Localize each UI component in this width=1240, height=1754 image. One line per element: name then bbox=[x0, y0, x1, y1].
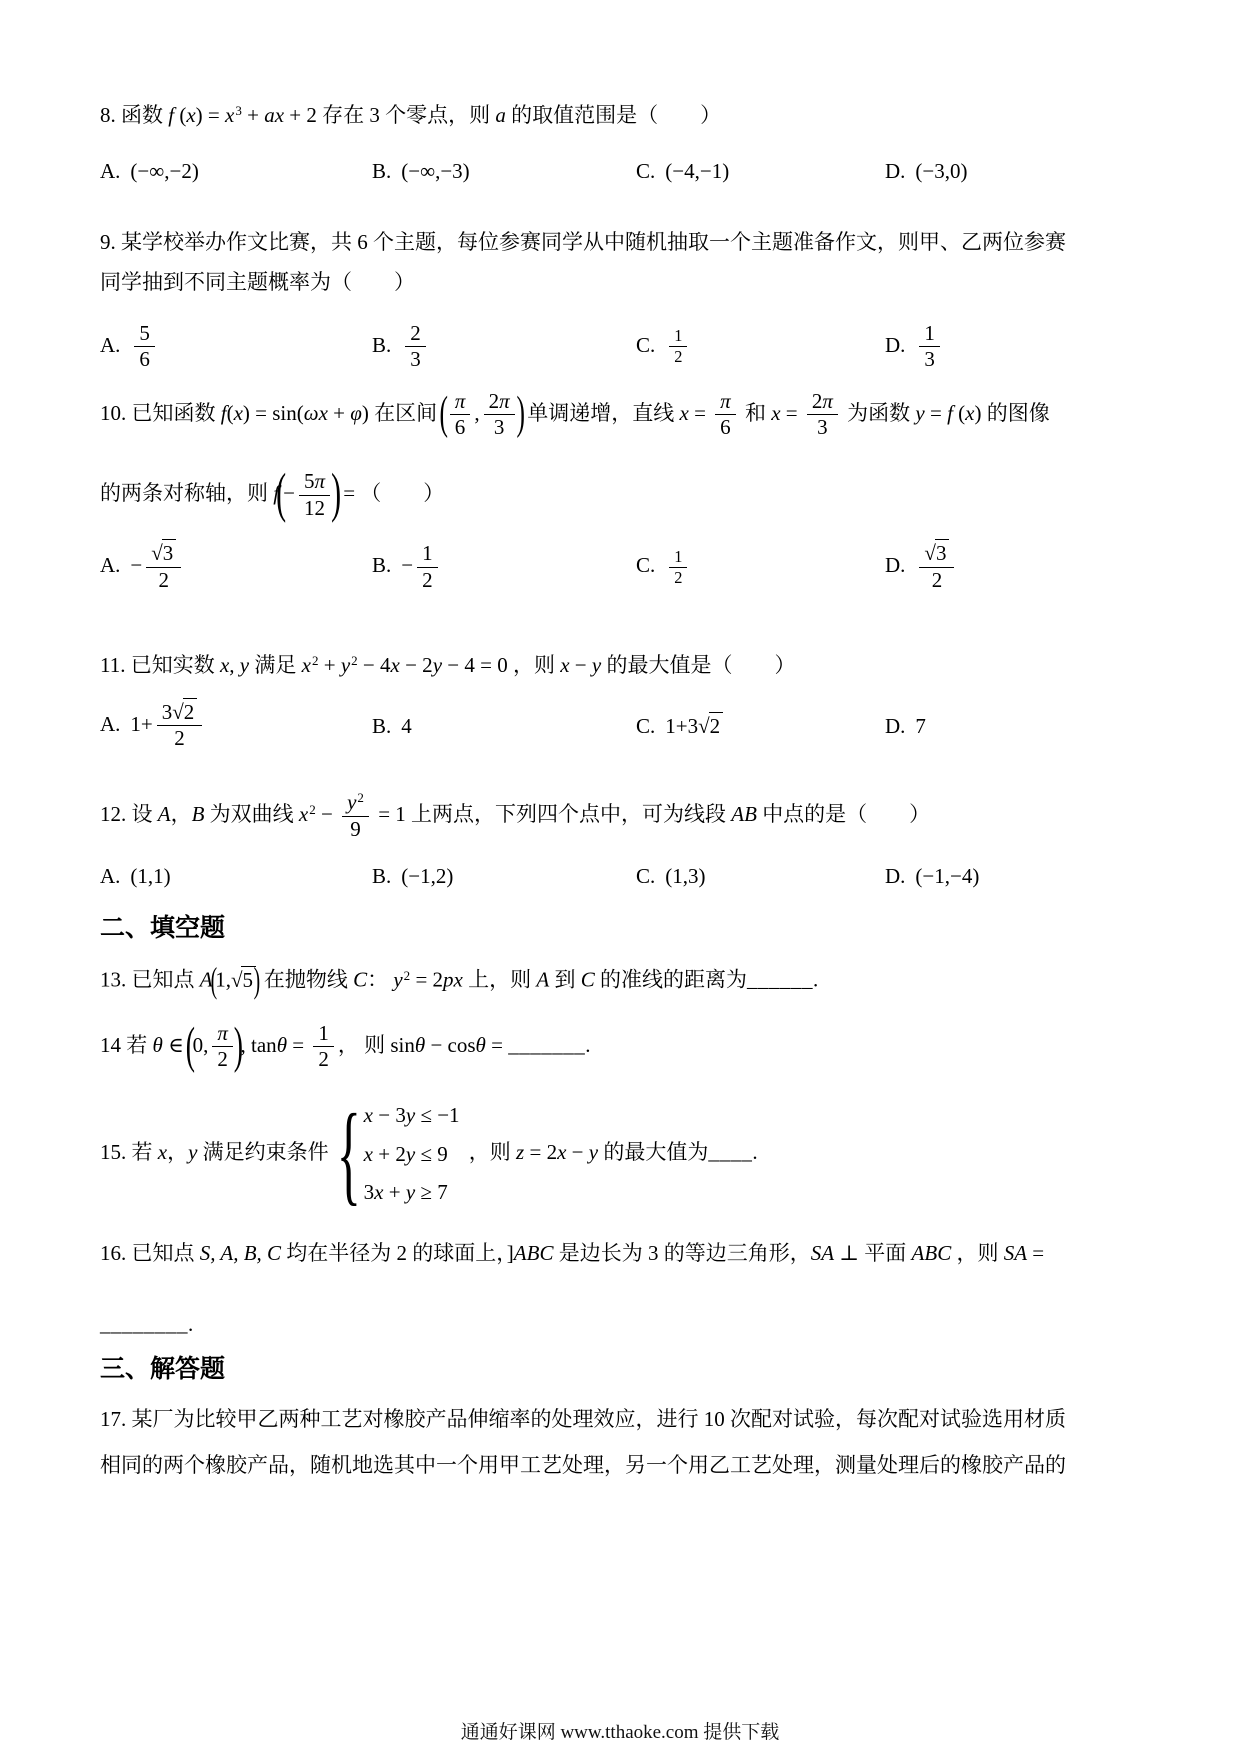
text: − bbox=[401, 553, 413, 577]
math-variable: π bbox=[455, 389, 466, 413]
fraction: 12 bbox=[417, 542, 438, 592]
option-C: C.1+3√2 bbox=[636, 711, 885, 741]
radical-sign: √ bbox=[172, 700, 183, 724]
radical-sign: √ bbox=[231, 968, 242, 992]
text: . bbox=[585, 1033, 590, 1057]
math-variable: x bbox=[771, 401, 780, 425]
cases-row: 3x + y ≥ 7 bbox=[364, 1177, 460, 1207]
text: 在抛物线 bbox=[259, 968, 354, 992]
text: 1 bbox=[318, 1021, 329, 1045]
text: = bbox=[287, 1033, 309, 1057]
fraction: 12 bbox=[669, 548, 687, 588]
denominator: 2 bbox=[417, 568, 438, 593]
text: (1,1) bbox=[130, 864, 170, 888]
big-paren: ) bbox=[234, 1020, 243, 1070]
denominator: 2 bbox=[919, 568, 954, 593]
text: = bbox=[689, 401, 711, 425]
radicand: 3 bbox=[935, 539, 950, 565]
option-label: A. bbox=[100, 864, 120, 888]
text: . bbox=[188, 1312, 193, 1336]
text: = bbox=[486, 1033, 508, 1057]
numerator: π bbox=[212, 1022, 233, 1048]
option-A: A.(−∞,−2) bbox=[100, 156, 372, 186]
text: 9 bbox=[350, 817, 361, 841]
blank-underline: _______ bbox=[508, 1033, 585, 1057]
fraction: y29 bbox=[342, 791, 369, 841]
text: 和 bbox=[740, 401, 772, 425]
radical: √2 bbox=[172, 701, 197, 725]
option-label: D. bbox=[885, 714, 905, 738]
math-variable: ax bbox=[264, 103, 284, 127]
radical: √3 bbox=[151, 542, 176, 566]
math-variable: θ bbox=[153, 1033, 163, 1057]
text: ≤ 9 bbox=[415, 1142, 448, 1166]
document-page: 8. 函数 f (x) = x3 + ax + 2 存在 3 个零点，则 a 的… bbox=[0, 0, 1240, 1754]
inequality-system: {x − 3y ≤ −1x + 2y ≤ 93x + y ≥ 7 bbox=[338, 1098, 460, 1210]
text: , bbox=[474, 401, 479, 425]
denominator: 9 bbox=[342, 817, 369, 842]
question-9-stem-line1: 9. 某学校举办作文比赛，共 6 个主题，每位参赛同学从中随机抽取一个主题准备作… bbox=[100, 227, 1140, 257]
math-variable: x bbox=[158, 1140, 167, 1164]
text: ， bbox=[167, 1140, 188, 1164]
math-variable: z bbox=[516, 1140, 524, 1164]
option-C: C.12 bbox=[636, 548, 885, 588]
question-10-options: A.−√32B.−12C.12D.√32 bbox=[100, 542, 1140, 592]
big-paren: ( bbox=[276, 466, 286, 521]
text: 3 bbox=[410, 347, 421, 371]
cases-row: x + 2y ≤ 9 bbox=[364, 1139, 460, 1169]
text: − 4 bbox=[358, 653, 391, 677]
text: 相同的两个橡胶产品，随机地选其中一个用甲工艺处理，另一个用乙工艺处理，测量处理后… bbox=[100, 1453, 1066, 1477]
text: ， bbox=[171, 802, 192, 826]
denominator: 12 bbox=[299, 496, 330, 521]
text: 1 bbox=[924, 321, 935, 345]
math-variable: x bbox=[234, 401, 243, 425]
math-variable: C bbox=[353, 968, 367, 992]
text: 4 bbox=[401, 714, 412, 738]
text: (−1,2) bbox=[401, 864, 453, 888]
math-variable: y bbox=[406, 1142, 415, 1166]
section-heading-fill-in: 二、填空题 bbox=[100, 912, 1140, 945]
numerator: 3√2 bbox=[157, 701, 203, 727]
math-variable: y bbox=[589, 1140, 598, 1164]
option-B: B.4 bbox=[372, 711, 636, 741]
math-variable: ωx bbox=[304, 401, 328, 425]
text: 的准线的距离为 bbox=[595, 968, 747, 992]
option-label: D. bbox=[885, 553, 905, 577]
option-label: B. bbox=[372, 864, 391, 888]
text: 1+ bbox=[130, 712, 152, 736]
text: 8. 函数 bbox=[100, 103, 168, 127]
question-8-options: A.(−∞,−2)B.(−∞,−3)C.(−4,−1)D.(−3,0) bbox=[100, 156, 1140, 186]
fraction: 5π12 bbox=[299, 470, 330, 520]
question-12-stem: 12. 设 A，B 为双曲线 x2 − y29 = 1 上两点，下列四个点中，可… bbox=[100, 791, 1140, 841]
text: 3 bbox=[817, 415, 828, 439]
blank-underline: ____ bbox=[708, 1140, 752, 1164]
numerator: π bbox=[450, 390, 471, 416]
question-13-stem: 13. 已知点 A(1,√5) 在抛物线 C： y2 = 2px 上，则 A 到… bbox=[100, 964, 1140, 1000]
text: (−3,0) bbox=[915, 159, 967, 183]
question-11-stem: 11. 已知实数 x, y 满足 x2 + y2 − 4x − 2y − 4 =… bbox=[100, 650, 1140, 680]
option-label: B. bbox=[372, 714, 391, 738]
option-A: A.(1,1) bbox=[100, 861, 372, 891]
text: ，则 bbox=[464, 1140, 517, 1164]
fraction: 56 bbox=[134, 322, 155, 372]
fraction: π2 bbox=[212, 1022, 233, 1072]
question-9-options: A.56B.23C.12D.13 bbox=[100, 322, 1140, 372]
text: ， 则 sin bbox=[338, 1033, 415, 1057]
numerator: 1 bbox=[669, 327, 687, 347]
numerator: 1 bbox=[919, 322, 940, 348]
math-variable: π bbox=[720, 389, 731, 413]
text: 15. 若 bbox=[100, 1140, 158, 1164]
option-label: A. bbox=[100, 159, 120, 183]
text: 的最大值为 bbox=[598, 1140, 708, 1164]
text: + bbox=[318, 653, 340, 677]
numerator: π bbox=[715, 390, 736, 416]
numerator: 2π bbox=[807, 390, 838, 416]
text: + bbox=[328, 401, 350, 425]
text: 的取值范围是（ ） bbox=[506, 103, 721, 127]
text: = 2 bbox=[524, 1140, 557, 1164]
radicand: 2 bbox=[183, 698, 198, 724]
text: ，则 bbox=[951, 1241, 1004, 1265]
text: + bbox=[384, 1180, 406, 1204]
text: 满足 bbox=[249, 653, 302, 677]
fraction: π6 bbox=[715, 390, 736, 440]
numerator: √3 bbox=[919, 542, 954, 568]
text: 5 bbox=[304, 469, 315, 493]
math-variable: y bbox=[406, 1180, 415, 1204]
option-label: D. bbox=[885, 864, 905, 888]
big-paren: ) bbox=[516, 390, 524, 436]
math-variable: y bbox=[433, 653, 442, 677]
option-C: C.12 bbox=[636, 327, 885, 367]
text: . bbox=[813, 968, 818, 992]
text: 2 bbox=[674, 347, 682, 366]
text: 的最大值是（ ） bbox=[601, 653, 795, 677]
big-paren: ( bbox=[211, 963, 218, 999]
denominator: 6 bbox=[715, 415, 736, 440]
superscript: 2 bbox=[357, 790, 364, 805]
math-variable: π bbox=[217, 1021, 228, 1045]
text: = bbox=[781, 401, 803, 425]
text: 12 bbox=[304, 496, 325, 520]
text: ) = bbox=[196, 103, 225, 127]
radical-sign: √ bbox=[698, 714, 709, 738]
math-variable: x bbox=[560, 653, 569, 677]
text: ⊥ 平面 bbox=[834, 1241, 912, 1265]
text: 中点的是（ ） bbox=[757, 802, 930, 826]
text: 1 bbox=[422, 541, 433, 565]
option-label: B. bbox=[372, 553, 391, 577]
denominator: 6 bbox=[134, 347, 155, 372]
radical-sign: √ bbox=[924, 541, 935, 565]
text: 2 bbox=[812, 389, 823, 413]
text: (1,3) bbox=[665, 864, 705, 888]
math-variable: x bbox=[364, 1142, 373, 1166]
denominator: 3 bbox=[484, 415, 515, 440]
denominator: 3 bbox=[807, 415, 838, 440]
text: (−∞,−3) bbox=[401, 159, 469, 183]
text: − cos bbox=[425, 1033, 475, 1057]
question-17-stem-line2: 相同的两个橡胶产品，随机地选其中一个用甲工艺处理，另一个用乙工艺处理，测量处理后… bbox=[100, 1450, 1140, 1480]
math-variable: A bbox=[158, 802, 171, 826]
math-variable: C bbox=[581, 968, 595, 992]
fraction: 2π3 bbox=[807, 390, 838, 440]
text: 7 bbox=[915, 714, 926, 738]
text: 3 bbox=[924, 347, 935, 371]
text: 是边长为 3 的等边三角形， bbox=[553, 1241, 810, 1265]
option-D: D.13 bbox=[885, 322, 944, 372]
math-variable: a bbox=[495, 103, 506, 127]
option-label: C. bbox=[636, 333, 655, 357]
math-variable: x bbox=[299, 802, 308, 826]
text: − bbox=[130, 553, 142, 577]
question-10-stem-line1: 10. 已知函数 f(x) = sin(ωx + φ) 在区间 (π6,2π3)… bbox=[100, 390, 1140, 440]
text: 2 bbox=[489, 389, 500, 413]
numerator: 5π bbox=[299, 470, 330, 496]
math-variable: x bbox=[186, 103, 195, 127]
numerator: 2π bbox=[484, 390, 515, 416]
text: 上，则 bbox=[463, 968, 537, 992]
option-A: A.56 bbox=[100, 322, 372, 372]
text: 为双曲线 bbox=[204, 802, 299, 826]
denominator: 3 bbox=[919, 347, 940, 372]
text: 均在半径为 2 的球面上，] bbox=[281, 1241, 514, 1265]
option-label: C. bbox=[636, 159, 655, 183]
section-heading-answer: 三、解答题 bbox=[100, 1353, 1140, 1386]
numerator: y2 bbox=[342, 791, 369, 817]
text: 1+3 bbox=[665, 714, 698, 738]
math-variable: x bbox=[391, 653, 400, 677]
text: 2 bbox=[159, 568, 170, 592]
text: 5 bbox=[139, 321, 150, 345]
text: (−4,−1) bbox=[665, 159, 729, 183]
numerator: 5 bbox=[134, 322, 155, 348]
math-variable: y bbox=[406, 1103, 415, 1127]
text: ( bbox=[174, 103, 186, 127]
text: + 2 存在 3 个零点，则 bbox=[284, 103, 495, 127]
question-9-stem-line2: 同学抽到不同主题概率为（ ） bbox=[100, 267, 1140, 297]
text: ( bbox=[953, 401, 965, 425]
text: − bbox=[566, 1140, 588, 1164]
text: (−∞,−2) bbox=[130, 159, 198, 183]
math-variable: SA bbox=[1004, 1241, 1027, 1265]
math-variable: SA bbox=[811, 1241, 834, 1265]
text: 1 bbox=[674, 547, 682, 566]
text: 为函数 bbox=[842, 401, 916, 425]
numerator: √3 bbox=[146, 542, 181, 568]
denominator: 2 bbox=[313, 1047, 334, 1072]
math-variable: y bbox=[188, 1140, 197, 1164]
numerator: 1 bbox=[313, 1022, 334, 1048]
option-label: C. bbox=[636, 864, 655, 888]
text: , tan bbox=[241, 1033, 277, 1057]
denominator: 2 bbox=[146, 568, 181, 593]
text: 2 bbox=[674, 568, 682, 587]
math-variable: x bbox=[679, 401, 688, 425]
math-variable: x, y bbox=[220, 653, 249, 677]
math-variable: π bbox=[314, 469, 325, 493]
math-variable: x bbox=[374, 1180, 383, 1204]
numerator: 2 bbox=[405, 322, 426, 348]
question-16-blank-line: ________. bbox=[100, 1309, 1140, 1339]
option-D: D.(−1,−4) bbox=[885, 861, 979, 891]
option-B: B.−12 bbox=[372, 542, 636, 592]
fraction: √32 bbox=[146, 542, 181, 592]
option-D: D.7 bbox=[885, 711, 926, 741]
text: 满足约束条件 bbox=[197, 1140, 334, 1164]
text: 9. 某学校举办作文比赛，共 6 个主题，每位参赛同学从中随机抽取一个主题准备作… bbox=[100, 230, 1066, 254]
text: − bbox=[570, 653, 592, 677]
question-15-stem: 15. 若 x，y 满足约束条件 {x − 3y ≤ −1x + 2y ≤ 93… bbox=[100, 1098, 1140, 1210]
text: 2 bbox=[318, 1047, 329, 1071]
option-A: A.−√32 bbox=[100, 542, 372, 592]
math-variable: π bbox=[499, 389, 510, 413]
option-label: A. bbox=[100, 553, 120, 577]
option-label: B. bbox=[372, 333, 391, 357]
math-variable: y bbox=[592, 653, 601, 677]
fraction: 13 bbox=[919, 322, 940, 372]
text: (−1,−4) bbox=[915, 864, 979, 888]
text: = 1 上两点，下列四个点中，可为线段 bbox=[373, 802, 731, 826]
text: 13. 已知点 bbox=[100, 968, 200, 992]
text: . bbox=[752, 1140, 757, 1164]
numerator: 1 bbox=[417, 542, 438, 568]
text: ) = sin( bbox=[243, 401, 304, 425]
text: 11. 已知实数 bbox=[100, 653, 220, 677]
text: 2 bbox=[422, 568, 433, 592]
fraction: 12 bbox=[313, 1022, 334, 1072]
text: 6 bbox=[455, 415, 466, 439]
text: = bbox=[1027, 1241, 1044, 1265]
radical: √5 bbox=[231, 965, 256, 995]
math-variable: y bbox=[915, 401, 924, 425]
question-11-options: A.1+3√22B.4C.1+3√2D.7 bbox=[100, 701, 1140, 751]
question-14-stem: 14 若 θ ∈ (0,π2), tanθ = 12， 则 sinθ − cos… bbox=[100, 1022, 1140, 1072]
text: ： bbox=[367, 968, 393, 992]
option-label: A. bbox=[100, 712, 120, 736]
fraction: 23 bbox=[405, 322, 426, 372]
exam-content: 8. 函数 f (x) = x3 + ax + 2 存在 3 个零点，则 a 的… bbox=[0, 100, 1240, 1480]
text: 6 bbox=[139, 347, 150, 371]
text: 1 bbox=[674, 326, 682, 345]
math-variable: θ bbox=[415, 1033, 425, 1057]
text: ) 的图像 bbox=[974, 401, 1049, 425]
option-B: B.23 bbox=[372, 322, 636, 372]
math-variable: y bbox=[341, 653, 350, 677]
denominator: 2 bbox=[212, 1047, 233, 1072]
option-label: C. bbox=[636, 553, 655, 577]
math-variable: px bbox=[443, 968, 463, 992]
option-label: C. bbox=[636, 714, 655, 738]
text: 的两条对称轴，则 bbox=[100, 481, 273, 505]
denominator: 6 bbox=[450, 415, 471, 440]
text: − 2 bbox=[400, 653, 433, 677]
text: ) 在区间 bbox=[362, 401, 443, 425]
option-label: A. bbox=[100, 333, 120, 357]
text: 2 bbox=[410, 321, 421, 345]
blank-underline: ________ bbox=[100, 1312, 188, 1336]
fraction: √32 bbox=[919, 542, 954, 592]
math-variable: θ bbox=[277, 1033, 287, 1057]
big-paren: ( bbox=[440, 390, 448, 436]
option-C: C.(−4,−1) bbox=[636, 156, 885, 186]
big-paren: ) bbox=[254, 963, 261, 999]
math-variable: ABC bbox=[912, 1241, 952, 1265]
option-D: D.(−3,0) bbox=[885, 156, 968, 186]
cases-rows: x − 3y ≤ −1x + 2y ≤ 93x + y ≥ 7 bbox=[356, 1100, 460, 1207]
text: − 3 bbox=[373, 1103, 406, 1127]
text: 2 bbox=[174, 726, 185, 750]
option-D: D.√32 bbox=[885, 542, 958, 592]
text: 3 bbox=[364, 1180, 375, 1204]
text: 12. 设 bbox=[100, 802, 158, 826]
option-A: A.1+3√22 bbox=[100, 701, 372, 751]
math-variable: θ bbox=[476, 1033, 486, 1057]
text: 3 bbox=[494, 415, 505, 439]
math-variable: ABC bbox=[514, 1241, 554, 1265]
text: 10. 已知函数 bbox=[100, 401, 221, 425]
option-label: B. bbox=[372, 159, 391, 183]
cases-row: x − 3y ≤ −1 bbox=[364, 1100, 460, 1130]
denominator: 3 bbox=[405, 347, 426, 372]
numerator: 1 bbox=[669, 548, 687, 568]
radical: √2 bbox=[698, 711, 723, 741]
math-variable: x bbox=[225, 103, 234, 127]
fraction: 2π3 bbox=[484, 390, 515, 440]
option-label: D. bbox=[885, 333, 905, 357]
math-variable: AB bbox=[731, 802, 757, 826]
option-C: C.(1,3) bbox=[636, 861, 885, 891]
fraction: 12 bbox=[669, 327, 687, 367]
question-17-stem-line1: 17. 某厂为比较甲乙两种工艺对橡胶产品伸缩率的处理效应，进行 10 次配对试验… bbox=[100, 1404, 1140, 1434]
question-8-stem: 8. 函数 f (x) = x3 + ax + 2 存在 3 个零点，则 a 的… bbox=[100, 100, 1140, 130]
math-variable: B bbox=[192, 802, 205, 826]
denominator: 2 bbox=[669, 568, 687, 587]
text: 1, bbox=[215, 968, 231, 992]
text: = （ ） bbox=[338, 481, 444, 505]
text: 17. 某厂为比较甲乙两种工艺对橡胶产品伸缩率的处理效应，进行 10 次配对试验… bbox=[100, 1407, 1066, 1431]
text: ( bbox=[227, 401, 234, 425]
option-B: B.(−1,2) bbox=[372, 861, 636, 891]
text: + bbox=[242, 103, 264, 127]
radicand: 2 bbox=[709, 712, 724, 738]
math-variable: φ bbox=[350, 401, 362, 425]
radicand: 3 bbox=[162, 539, 177, 565]
math-variable: x bbox=[557, 1140, 566, 1164]
text: 6 bbox=[720, 415, 731, 439]
text: 到 bbox=[549, 968, 581, 992]
text: + 2 bbox=[373, 1142, 406, 1166]
option-label: D. bbox=[885, 159, 905, 183]
denominator: 2 bbox=[157, 726, 203, 751]
question-12-options: A.(1,1)B.(−1,2)C.(1,3)D.(−1,−4) bbox=[100, 861, 1140, 891]
text: 14 若 bbox=[100, 1033, 153, 1057]
text: 2 bbox=[217, 1047, 228, 1071]
question-16-stem-line1: 16. 已知点 S, A, B, C 均在半径为 2 的球面上，]ABC 是边长… bbox=[100, 1238, 1140, 1268]
text: 2 bbox=[932, 568, 943, 592]
text: 单调递增，直线 bbox=[522, 401, 680, 425]
footer-text: 通通好课网 www.tthaoke.com 提供下载 bbox=[0, 1717, 1240, 1744]
text: ≤ −1 bbox=[415, 1103, 459, 1127]
question-10-stem-line2: 的两条对称轴，则 f(−5π12) = （ ） bbox=[100, 468, 1140, 523]
fraction: π6 bbox=[450, 390, 471, 440]
radical-sign: √ bbox=[151, 541, 162, 565]
radical: √3 bbox=[924, 542, 949, 566]
text: − 4 = 0 ，则 bbox=[442, 653, 560, 677]
